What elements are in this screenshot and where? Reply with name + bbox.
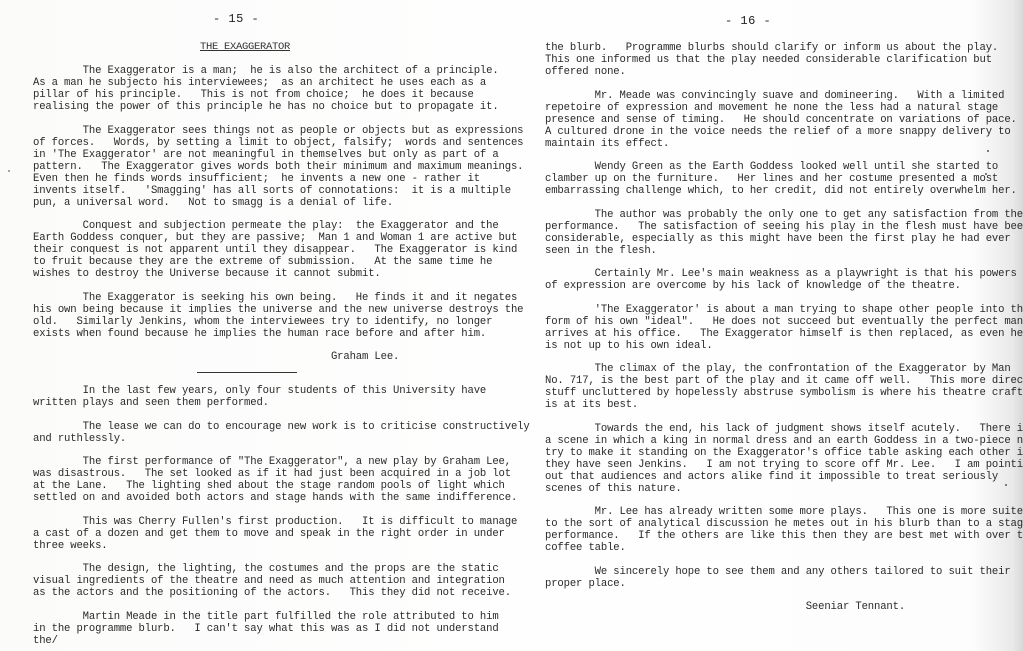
paragraph: This was Cherry Fullen's first productio… [33, 516, 530, 552]
paragraph: the blurb. Programme blurbs should clari… [545, 42, 1023, 78]
page-number: - 16 - [725, 14, 771, 28]
article-title: THE EXAGGERATOR [200, 41, 290, 53]
text-line: considerable, especially as this might h… [545, 233, 1023, 245]
text-line: Certainly Mr. Lee's main weakness as a p… [545, 268, 1023, 280]
text-line: Mr. Meade was convincingly suave and dom… [545, 90, 1023, 102]
author-signature: Seeniar Tennant. [545, 601, 1023, 613]
text-line: The Exaggerator is a man; he is also the… [33, 65, 523, 77]
document-spread: - 15 - THE EXAGGERATOR The Exaggerator i… [0, 0, 1023, 651]
text-line: the/ [33, 635, 530, 647]
text-line: No. 717, is the best part of the play an… [545, 375, 1023, 387]
text-line: The author was probably the only one to … [545, 209, 1023, 221]
text-line: their conquest is not apparent until the… [33, 244, 523, 256]
text-line: The first performance of "The Exaggerato… [33, 456, 530, 468]
text-line: embarrassing challenge which, to her cre… [545, 185, 1023, 197]
text-line: Mr. Lee has already written some more pl… [545, 506, 1023, 518]
text-line: to fruit because they are the extreme of… [33, 256, 523, 268]
paragraph: The design, the lighting, the costumes a… [33, 563, 530, 599]
text-line: of forces. Words, by setting a limit to … [33, 137, 523, 149]
paragraph: Mr. Lee has already written some more pl… [545, 506, 1023, 554]
text-line: written plays and seen them performed. [33, 397, 530, 409]
text-line: wishes to destroy the Universe because i… [33, 268, 523, 280]
text-line: The lease we can do to encourage new wor… [33, 421, 530, 433]
page-16: - 16 - the blurb. Programme blurbs shoul… [520, 0, 1023, 651]
text-line: As a man he subjecto his interviewees; a… [33, 77, 523, 89]
paragraph: The lease we can do to encourage new wor… [33, 421, 530, 445]
text-line: Even then he finds words insufficient; h… [33, 173, 523, 185]
paragraph: Conquest and subjection permeate the pla… [33, 220, 523, 280]
text-line: repetoire of expression and movement he … [545, 102, 1023, 114]
text-line: Earth Goddess conquer, but they are pass… [33, 232, 523, 244]
paper-speck [1005, 484, 1007, 486]
text-line: as the actors and the positioning of the… [33, 587, 530, 599]
paragraph: The first performance of "The Exaggerato… [33, 456, 530, 504]
text-line: try to make it standing on the Exaggerat… [545, 447, 1023, 459]
text-line: they have seen Jenkins. I am not trying … [545, 459, 1023, 471]
text-line: maintain its effect. [545, 138, 1023, 150]
text-line: Conquest and subjection permeate the pla… [33, 220, 523, 232]
text-line: is at its best. [545, 399, 1023, 411]
author-signature: Graham Lee. [33, 351, 523, 363]
text-line: settled on and avoided both actors and s… [33, 492, 530, 504]
paper-speck [8, 170, 10, 172]
text-line: invents itself. 'Smagging' has all sorts… [33, 185, 523, 197]
text-line: We sincerely hope to see them and any ot… [545, 566, 1023, 578]
text-line: exists when found because he implies the… [33, 328, 523, 340]
text-line: Towards the end, his lack of judgment sh… [545, 423, 1023, 435]
text-line: The Exaggerator is seeking his own being… [33, 292, 523, 304]
text-line: form of his own "ideal". He does not suc… [545, 316, 1023, 328]
text-line: his own being because it implies the uni… [33, 304, 523, 316]
text-line: old. Similarly Jenkins, whom the intervi… [33, 316, 523, 328]
paragraph: 'The Exaggerator' is about a man trying … [545, 304, 1023, 352]
text-line: clamber up on the furniture. Her lines a… [545, 173, 1023, 185]
text-line: of expression are overcome by his lack o… [545, 280, 1023, 292]
paragraph: Martin Meade in the title part fulfilled… [33, 611, 530, 647]
page-number: - 15 - [213, 12, 259, 26]
text-line: scenes of this nature. [545, 483, 1023, 495]
text-line: presence and sense of timing. He should … [545, 114, 1023, 126]
paper-speck [987, 150, 989, 152]
paragraph: The author was probably the only one to … [545, 209, 1023, 257]
paragraph: Certainly Mr. Lee's main weakness as a p… [545, 268, 1023, 292]
text-line: a scene in which a king in normal dress … [545, 435, 1023, 447]
text-line: In the last few years, only four student… [33, 385, 530, 397]
text-line: This one informed us that the play neede… [545, 54, 1023, 66]
text-line: is not up to his own ideal. [545, 340, 1023, 352]
text-line: in the programme blurb. I can't say what… [33, 623, 530, 635]
paragraph: We sincerely hope to see them and any ot… [545, 566, 1023, 590]
text-line: at the Lane. The lighting shed about the… [33, 480, 530, 492]
text-line: offered none. [545, 66, 1023, 78]
text-line: and ruthlessly. [33, 433, 530, 445]
text-line: This was Cherry Fullen's first productio… [33, 516, 530, 528]
paragraph: The Exaggerator is seeking his own being… [33, 292, 523, 340]
paragraph: The Exaggerator sees things not as peopl… [33, 125, 523, 209]
text-line: arrives at his office. The Exaggerator h… [545, 328, 1023, 340]
text-line: Wendy Green as the Earth Goddess looked … [545, 161, 1023, 173]
text-line: to the sort of analytical discussion he … [545, 518, 1023, 530]
paragraph: Towards the end, his lack of judgment sh… [545, 423, 1023, 495]
text-line: The climax of the play, the confrontatio… [545, 363, 1023, 375]
paragraph: Wendy Green as the Earth Goddess looked … [545, 161, 1023, 197]
text-line: stuff uncluttered by hopelessly abstruse… [545, 387, 1023, 399]
text-line: pillar of his principle. This is not fro… [33, 89, 523, 101]
text-line: performance. The satisfaction of seeing … [545, 221, 1023, 233]
text-line: performance. If the others are like this… [545, 530, 1023, 542]
paper-speck [985, 173, 987, 175]
section-divider [197, 372, 297, 373]
text-line: was disastrous. The set looked as if it … [33, 468, 530, 480]
text-line: A cultured drone in the voice needs the … [545, 126, 1023, 138]
text-line: pattern. The Exaggerator gives words bot… [33, 161, 523, 173]
text-line: seen in the flesh. [545, 245, 1023, 257]
text-line: out that audiences and actors alike find… [545, 471, 1023, 483]
text-line: pun, a universal word. Not to smagg is a… [33, 197, 523, 209]
paragraph: The Exaggerator is a man; he is also the… [33, 65, 523, 113]
text-line: a cast of a dozen and get them to move a… [33, 528, 530, 540]
text-line: 'The Exaggerator' is about a man trying … [545, 304, 1023, 316]
review-body-part2: the blurb. Programme blurbs should clari… [545, 42, 1023, 613]
text-line: proper place. [545, 578, 1023, 590]
text-line: the blurb. Programme blurbs should clari… [545, 42, 1023, 54]
paragraph: The climax of the play, the confrontatio… [545, 363, 1023, 411]
review-body-part1: In the last few years, only four student… [33, 385, 530, 651]
text-line: three weeks. [33, 540, 530, 552]
text-line: visual ingredients of the theatre and ne… [33, 575, 530, 587]
paragraph: Mr. Meade was convincingly suave and dom… [545, 90, 1023, 150]
text-line: The Exaggerator sees things not as peopl… [33, 125, 523, 137]
text-line: realising the power of this principle he… [33, 101, 523, 113]
article-exaggerator-body: The Exaggerator is a man; he is also the… [33, 65, 523, 363]
text-line: The design, the lighting, the costumes a… [33, 563, 530, 575]
text-line: in 'The Exaggerator' are not meaningful … [33, 149, 523, 161]
text-line: coffee table. [545, 542, 1023, 554]
page-15: - 15 - THE EXAGGERATOR The Exaggerator i… [0, 0, 520, 651]
paragraph: In the last few years, only four student… [33, 385, 530, 409]
text-line: Martin Meade in the title part fulfilled… [33, 611, 530, 623]
